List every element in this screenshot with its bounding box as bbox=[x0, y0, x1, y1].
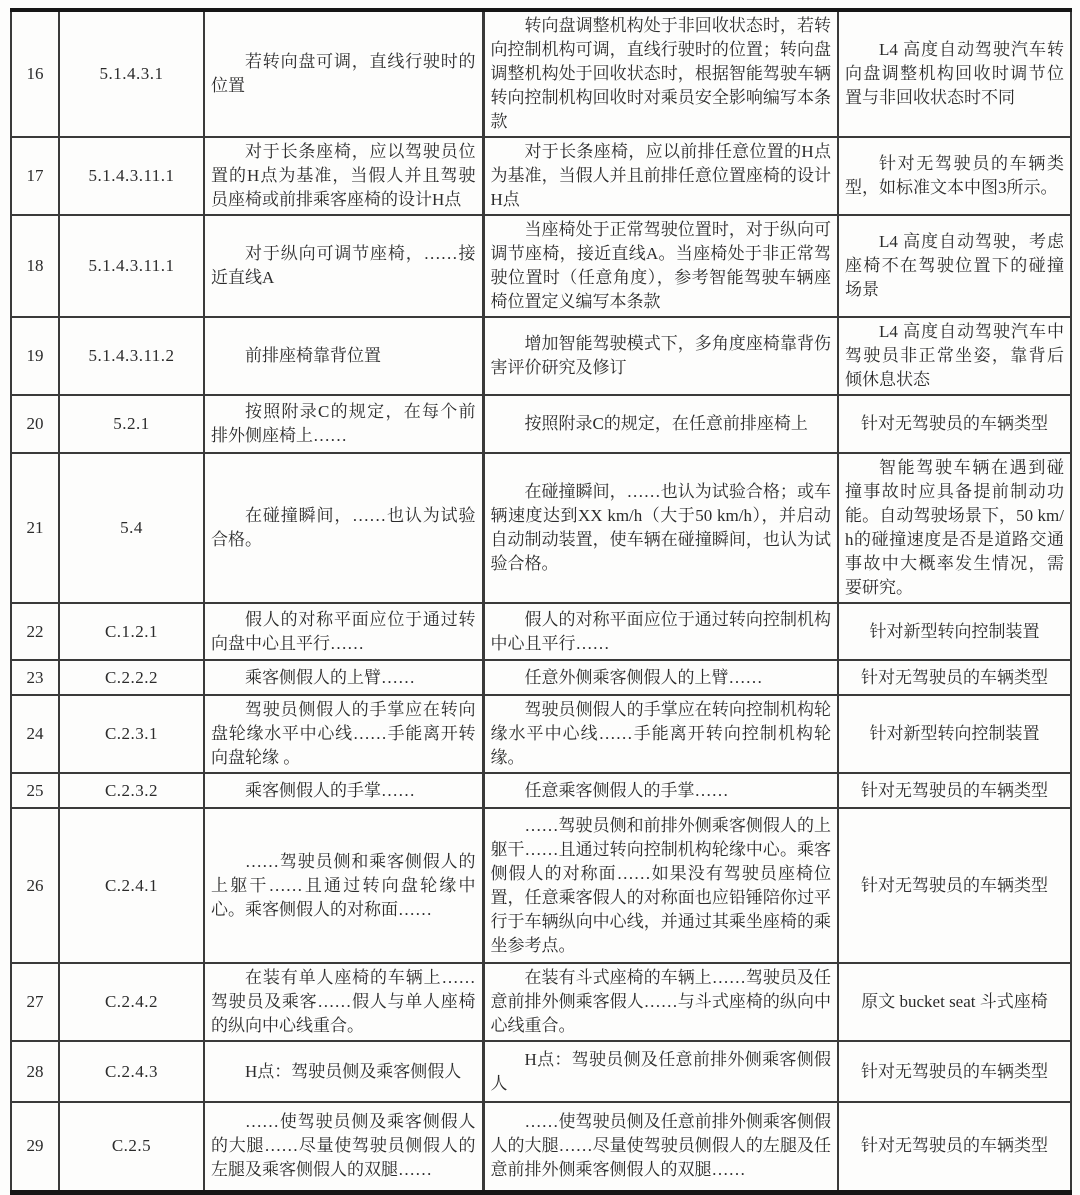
cell-original-text: 在碰撞瞬间，……也认为试验合格。 bbox=[204, 453, 483, 603]
cell-original-text: 驾驶员侧假人的手掌应在转向盘轮缘水平中心线……手能离开转向盘轮缘 。 bbox=[204, 695, 483, 773]
cell-modified-text: 按照附录C的规定，在任意前排座椅上 bbox=[483, 395, 838, 453]
table-row: 24 C.2.3.1 驾驶员侧假人的手掌应在转向盘轮缘水平中心线……手能离开转向… bbox=[11, 695, 1071, 773]
cell-original-text: 前排座椅靠背位置 bbox=[204, 317, 483, 395]
cell-row-number: 25 bbox=[11, 773, 59, 808]
cell-remark: 针对新型转向控制装置 bbox=[838, 603, 1071, 660]
cell-modified-text: 任意外侧乘客侧假人的上臂…… bbox=[483, 660, 838, 695]
cell-remark: 智能驾驶车辆在遇到碰撞事故时应具备提前制动功能。自动驾驶场景下，50 km/h的… bbox=[838, 453, 1071, 603]
cell-row-number: 23 bbox=[11, 660, 59, 695]
cell-clause-number: C.2.4.1 bbox=[59, 808, 204, 963]
cell-modified-text: 转向盘调整机构处于非回收状态时，若转向控制机构可调，直线行驶时的位置；转向盘调整… bbox=[483, 10, 838, 137]
cell-remark: 针对新型转向控制装置 bbox=[838, 695, 1071, 773]
table-row: 25 C.2.3.2 乘客侧假人的手掌…… 任意乘客侧假人的手掌…… 针对无驾驶… bbox=[11, 773, 1071, 808]
cell-modified-text: 任意乘客侧假人的手掌…… bbox=[483, 773, 838, 808]
table-row: 18 5.1.4.3.11.1 对于纵向可调节座椅，……接近直线A 当座椅处于正… bbox=[11, 215, 1071, 317]
table-row: 28 C.2.4.3 H点：驾驶员侧及乘客侧假人 H点：驾驶员侧及任意前排外侧乘… bbox=[11, 1041, 1071, 1102]
cell-row-number: 20 bbox=[11, 395, 59, 453]
table-row: 17 5.1.4.3.11.1 对于长条座椅，应以驾驶员位置的H点为基准，当假人… bbox=[11, 137, 1071, 215]
cell-modified-text: 增加智能驾驶模式下，多角度座椅靠背伤害评价研究及修订 bbox=[483, 317, 838, 395]
cell-modified-text: 假人的对称平面应位于通过转向控制机构中心且平行…… bbox=[483, 603, 838, 660]
table-row: 20 5.2.1 按照附录C的规定，在每个前排外侧座椅上…… 按照附录C的规定，… bbox=[11, 395, 1071, 453]
cell-original-text: ……驾驶员侧和乘客侧假人的上躯干……且通过转向盘轮缘中心。乘客侧假人的对称面…… bbox=[204, 808, 483, 963]
clause-comparison-table: 16 5.1.4.3.1 若转向盘可调，直线行驶时的位置 转向盘调整机构处于非回… bbox=[10, 8, 1072, 1195]
cell-clause-number: 5.1.4.3.11.2 bbox=[59, 317, 204, 395]
cell-original-text: H点：驾驶员侧及乘客侧假人 bbox=[204, 1041, 483, 1102]
cell-original-text: 乘客侧假人的上臂…… bbox=[204, 660, 483, 695]
cell-clause-number: C.2.3.2 bbox=[59, 773, 204, 808]
cell-modified-text: ……驾驶员侧和前排外侧乘客侧假人的上躯干……且通过转向控制机构轮缘中心。乘客侧假… bbox=[483, 808, 838, 963]
cell-row-number: 16 bbox=[11, 10, 59, 137]
cell-remark: 针对无驾驶员的车辆类型，如标准文本中图3所示。 bbox=[838, 137, 1071, 215]
cell-remark: 原文 bucket seat 斗式座椅 bbox=[838, 963, 1071, 1041]
cell-row-number: 22 bbox=[11, 603, 59, 660]
cell-clause-number: C.2.4.3 bbox=[59, 1041, 204, 1102]
table-row: 26 C.2.4.1 ……驾驶员侧和乘客侧假人的上躯干……且通过转向盘轮缘中心。… bbox=[11, 808, 1071, 963]
cell-modified-text: 对于长条座椅，应以前排任意位置的H点为基准，当假人并且前排任意位置座椅的设计H点 bbox=[483, 137, 838, 215]
cell-remark: L4 高度自动驾驶汽车中驾驶员非正常坐姿，靠背后倾休息状态 bbox=[838, 317, 1071, 395]
cell-clause-number: 5.1.4.3.11.1 bbox=[59, 137, 204, 215]
cell-clause-number: C.1.2.1 bbox=[59, 603, 204, 660]
cell-clause-number: C.2.3.1 bbox=[59, 695, 204, 773]
cell-row-number: 27 bbox=[11, 963, 59, 1041]
cell-original-text: 按照附录C的规定，在每个前排外侧座椅上…… bbox=[204, 395, 483, 453]
cell-original-text: 若转向盘可调，直线行驶时的位置 bbox=[204, 10, 483, 137]
table-row: 21 5.4 在碰撞瞬间，……也认为试验合格。 在碰撞瞬间，……也认为试验合格；… bbox=[11, 453, 1071, 603]
cell-remark: 针对无驾驶员的车辆类型 bbox=[838, 395, 1071, 453]
cell-remark: 针对无驾驶员的车辆类型 bbox=[838, 660, 1071, 695]
table-row: 27 C.2.4.2 在装有单人座椅的车辆上……驾驶员及乘客……假人与单人座椅的… bbox=[11, 963, 1071, 1041]
cell-modified-text: 在装有斗式座椅的车辆上……驾驶员及任意前排外侧乘客假人……与斗式座椅的纵向中心线… bbox=[483, 963, 838, 1041]
standard-comparison-table-page: 16 5.1.4.3.1 若转向盘可调，直线行驶时的位置 转向盘调整机构处于非回… bbox=[10, 8, 1070, 1195]
table-row: 22 C.1.2.1 假人的对称平面应位于通过转向盘中心且平行…… 假人的对称平… bbox=[11, 603, 1071, 660]
cell-remark: 针对无驾驶员的车辆类型 bbox=[838, 773, 1071, 808]
cell-clause-number: C.2.2.2 bbox=[59, 660, 204, 695]
cell-remark: L4 高度自动驾驶汽车转向盘调整机构回收时调节位置与非回收状态时不同 bbox=[838, 10, 1071, 137]
cell-row-number: 21 bbox=[11, 453, 59, 603]
cell-remark: L4 高度自动驾驶，考虑座椅不在驾驶位置下的碰撞场景 bbox=[838, 215, 1071, 317]
cell-row-number: 18 bbox=[11, 215, 59, 317]
cell-modified-text: 当座椅处于正常驾驶位置时，对于纵向可调节座椅，接近直线A。当座椅处于非正常驾驶位… bbox=[483, 215, 838, 317]
cell-modified-text: H点：驾驶员侧及任意前排外侧乘客侧假人 bbox=[483, 1041, 838, 1102]
cell-remark: 针对无驾驶员的车辆类型 bbox=[838, 808, 1071, 963]
cell-row-number: 28 bbox=[11, 1041, 59, 1102]
scanned-document-page: { "document": { "description_colors": { … bbox=[0, 0, 1080, 1179]
cell-clause-number: 5.1.4.3.11.1 bbox=[59, 215, 204, 317]
cell-original-text: 假人的对称平面应位于通过转向盘中心且平行…… bbox=[204, 603, 483, 660]
cell-original-text: 对于纵向可调节座椅，……接近直线A bbox=[204, 215, 483, 317]
table-row: 16 5.1.4.3.1 若转向盘可调，直线行驶时的位置 转向盘调整机构处于非回… bbox=[11, 10, 1071, 137]
cell-modified-text: 在碰撞瞬间，……也认为试验合格；或车辆速度达到XX km/h（大于50 km/h… bbox=[483, 453, 838, 603]
cell-modified-text: 驾驶员侧假人的手掌应在转向控制机构轮缘水平中心线……手能离开转向控制机构轮缘。 bbox=[483, 695, 838, 773]
table-row: 23 C.2.2.2 乘客侧假人的上臂…… 任意外侧乘客侧假人的上臂…… 针对无… bbox=[11, 660, 1071, 695]
cell-row-number: 19 bbox=[11, 317, 59, 395]
cell-original-text: 在装有单人座椅的车辆上……驾驶员及乘客……假人与单人座椅的纵向中心线重合。 bbox=[204, 963, 483, 1041]
cell-remark: 针对无驾驶员的车辆类型 bbox=[838, 1041, 1071, 1102]
cell-clause-number: 5.4 bbox=[59, 453, 204, 603]
cell-row-number: 24 bbox=[11, 695, 59, 773]
cell-original-text: 对于长条座椅，应以驾驶员位置的H点为基准，当假人并且驾驶员座椅或前排乘客座椅的设… bbox=[204, 137, 483, 215]
cell-clause-number: 5.1.4.3.1 bbox=[59, 10, 204, 137]
cell-row-number: 17 bbox=[11, 137, 59, 215]
cell-row-number: 26 bbox=[11, 808, 59, 963]
cell-clause-number: C.2.4.2 bbox=[59, 963, 204, 1041]
cell-clause-number: 5.2.1 bbox=[59, 395, 204, 453]
table-row: 19 5.1.4.3.11.2 前排座椅靠背位置 增加智能驾驶模式下，多角度座椅… bbox=[11, 317, 1071, 395]
cell-original-text: 乘客侧假人的手掌…… bbox=[204, 773, 483, 808]
